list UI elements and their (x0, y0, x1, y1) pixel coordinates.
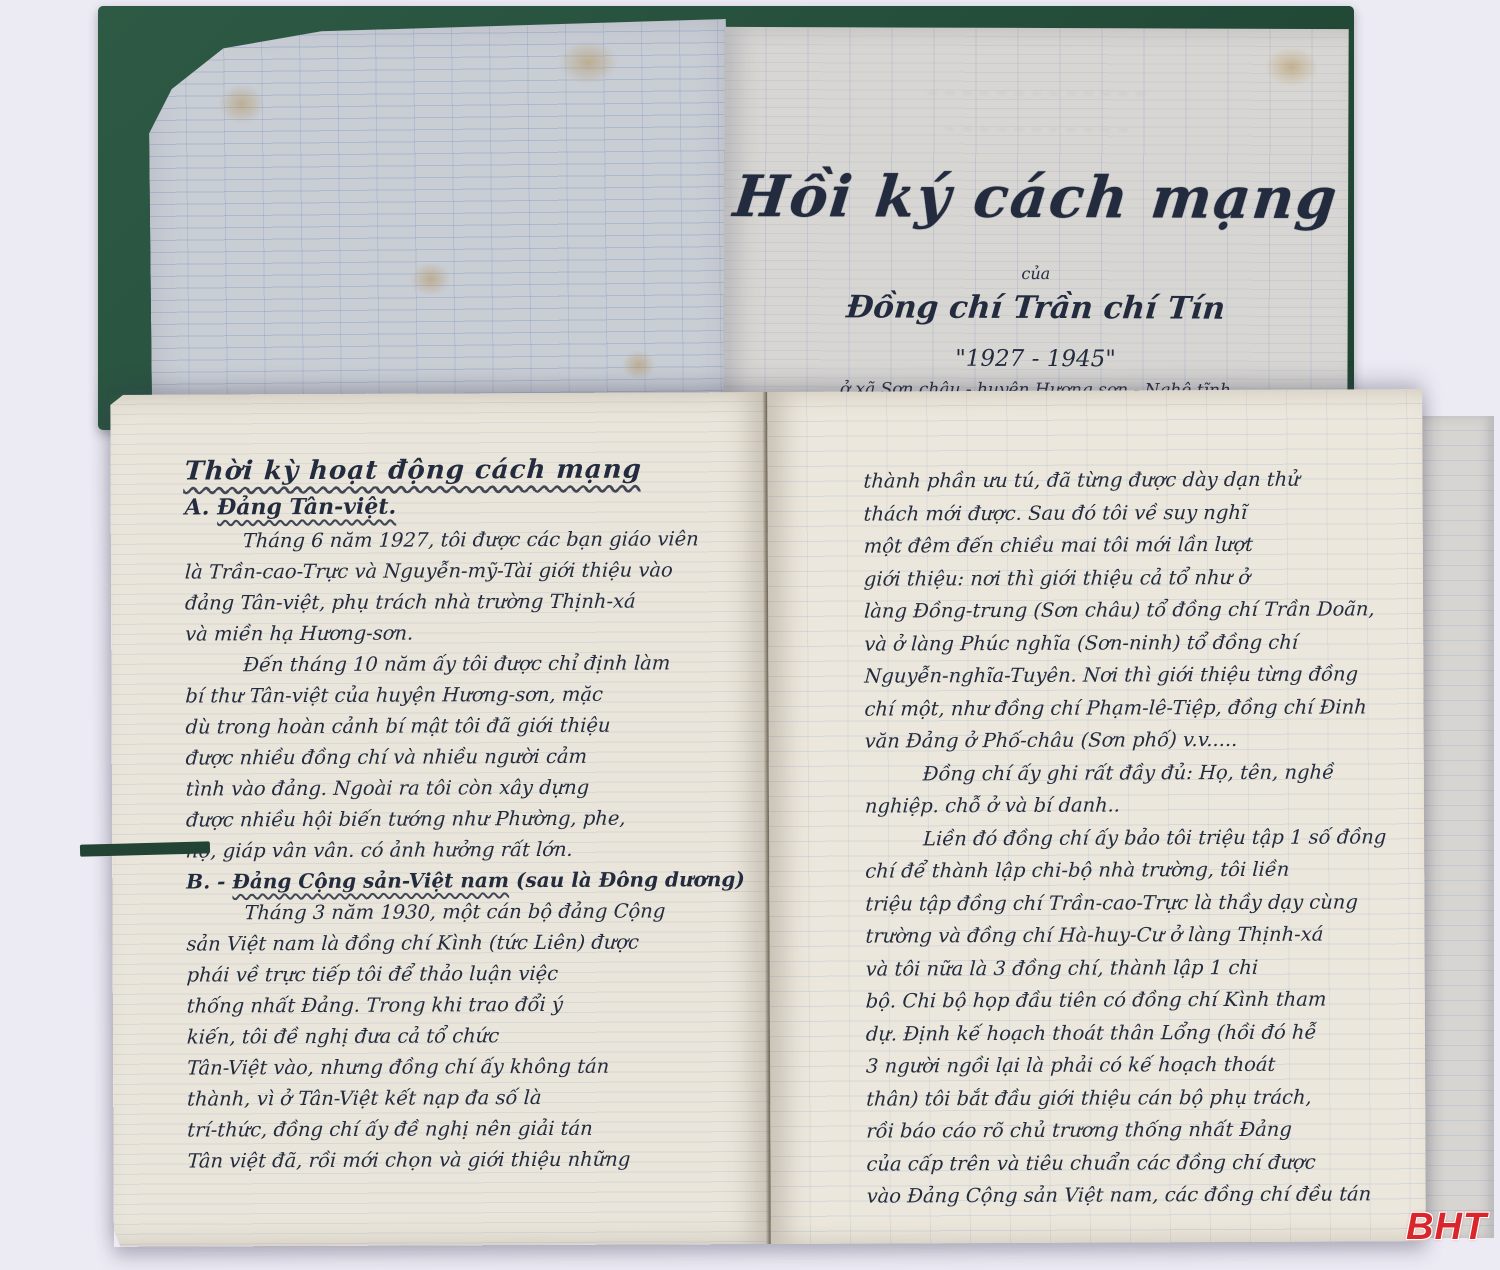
section-a-label: A. (185, 494, 210, 520)
handwritten-line: chí một, như đồng chí Phạm-lê-Tiệp, đồng… (864, 691, 1414, 726)
handwritten-line: 3 người ngồi lại là phải có kế hoạch tho… (865, 1048, 1415, 1083)
handwritten-line: Đến tháng 10 năm ấy tôi được chỉ định là… (185, 647, 746, 680)
right-page-text: thành phần ưu tú, đã từng được dày dạn t… (863, 463, 1414, 1213)
section-b-heading: B. - Đảng Cộng sản-Việt nam (sau là Đông… (186, 864, 746, 897)
handwritten-line: của cấp trên và tiêu chuẩn các đồng chí … (866, 1146, 1416, 1181)
handwritten-line: bí thư Tân-việt của huyện Hương-sơn, mặc (185, 678, 746, 711)
handwritten-line: đảng Tân-việt, phụ trách nhà trường Thịn… (184, 585, 745, 618)
memoir-right-page: thành phần ưu tú, đã từng được dày dạn t… (767, 389, 1426, 1244)
handwritten-line: dù trong hoàn cảnh bí mật tôi đã giới th… (185, 709, 746, 742)
paper-stain (410, 262, 450, 296)
bleed-through-text: ~ ~ ~ ~ ~ ~ ~ ~ ~ ~ ~ (724, 119, 1348, 139)
handwritten-line: rồi báo cáo rõ chủ trương thống nhất Đản… (866, 1113, 1416, 1148)
handwritten-line: được nhiều đồng chí và nhiều người cảm (185, 740, 746, 773)
handwritten-line: Nguyễn-nghĩa-Tuyên. Nơi thì giới thiệu t… (864, 658, 1414, 693)
handwritten-line: họ, giáp vân vân. có ảnh hưởng rất lớn. (185, 833, 746, 866)
handwritten-line: kiến, tôi đề nghị đưa cả tổ chức (186, 1019, 747, 1052)
paper-stain (1264, 47, 1318, 87)
handwritten-line: triệu tập đồng chí Trần-cao-Trực là thầy… (865, 886, 1415, 921)
photo-of-handwritten-notebooks: ~ ~ ~ ~ ~ ~ ~ ~ ~ ~ ~ ~ ~ ~ ~ ~ ~ ~ ~ ~ … (0, 0, 1500, 1270)
handwritten-line: thành phần ưu tú, đã từng được dày dạn t… (863, 463, 1413, 498)
handwritten-line: làng Đồng-trung (Sơn châu) tổ đồng chí T… (863, 593, 1413, 628)
section-a-title: Đảng Tân-việt. (217, 494, 396, 521)
blank-grid-page (148, 19, 730, 427)
chapter-heading: Thời kỳ hoạt động cách mạng (183, 450, 745, 490)
handwritten-line: Tháng 6 năm 1927, tôi được các bạn giáo … (184, 523, 745, 556)
handwritten-line: bộ. Chi bộ họp đầu tiên có đồng chí Kình… (865, 983, 1415, 1018)
handwritten-line: một đêm đến chiều mai tôi mới lần lượt (863, 528, 1413, 563)
paper-stain (219, 84, 265, 124)
year-range: "1927 - 1945" (723, 345, 1347, 373)
open-memoir-notebook: Thời kỳ hoạt động cách mạng A. Đảng Tân-… (110, 389, 1426, 1247)
left-page-text: Thời kỳ hoạt động cách mạng A. Đảng Tân-… (184, 450, 747, 1176)
memoir-title-page: ~ ~ ~ ~ ~ ~ ~ ~ ~ ~ ~ ~ ~ ~ ~ ~ ~ ~ ~ ~ … (723, 27, 1348, 425)
author-name: Đồng chí Trần chí Tín (722, 289, 1349, 327)
handwritten-line: Tân việt đã, rồi mới chọn và giới thiệu … (187, 1143, 748, 1176)
handwritten-line: sản Việt nam là đồng chí Kình (tức Liên)… (186, 926, 747, 959)
paragraph: Tháng 6 năm 1927, tôi được các bạn giáo … (185, 523, 746, 649)
handwritten-line: giới thiệu: nơi thì giới thiệu cả tổ như… (863, 561, 1413, 596)
handwritten-line: và miền hạ Hương-sơn. (184, 616, 745, 649)
memoir-left-page: Thời kỳ hoạt động cách mạng A. Đảng Tân-… (110, 392, 771, 1247)
handwritten-line: và ở làng Phúc nghĩa (Sơn-ninh) tổ đồng … (863, 626, 1413, 661)
section-b-title: Đảng Cộng sản-Việt nam (232, 868, 509, 893)
handwritten-line: tình vào đảng. Ngoài ra tôi còn xây dựng (185, 771, 746, 804)
handwritten-line: là Trần-cao-Trực và Nguyễn-mỹ-Tài giới t… (184, 554, 745, 587)
handwritten-line: vào Đảng Cộng sản Việt nam, các đồng chí… (866, 1178, 1416, 1213)
handwritten-line: nghiệp. chỗ ở và bí danh.. (864, 788, 1414, 823)
handwritten-line: văn Đảng ở Phố-châu (Sơn phố) v.v..... (864, 723, 1414, 758)
handwritten-line: thống nhất Đảng. Trong khi trao đổi ý (186, 988, 747, 1021)
paper-stain (558, 40, 618, 85)
paper-stain (621, 350, 655, 380)
bht-watermark: BHT (1406, 1206, 1487, 1249)
handwritten-line: thách mới được. Sau đó tôi về suy nghĩ (863, 496, 1413, 531)
paragraph: Liền đó đồng chí ấy bảo tôi triệu tập 1 … (865, 821, 1415, 1213)
paragraph: thành phần ưu tú, đã từng được dày dạn t… (863, 463, 1412, 758)
paragraph: Tháng 3 năm 1930, một cán bộ đảng Cộngsả… (186, 895, 747, 1176)
handwritten-line: Liền đó đồng chí ấy bảo tôi triệu tập 1 … (864, 821, 1414, 856)
handwritten-line: được nhiều hội biến tướng như Phường, ph… (185, 802, 746, 835)
paragraph: Đồng chí ấy ghi rất đầy đủ: Họ, tên, ngh… (865, 756, 1413, 823)
memoir-title: Hồi ký cách mạng (720, 163, 1351, 232)
handwritten-line: chí để thành lập chi-bộ nhà trường, tôi … (864, 853, 1414, 888)
handwritten-line: thân) tôi bắt đầu giới thiệu cán bộ phụ … (865, 1081, 1415, 1116)
handwritten-line: Tháng 3 năm 1930, một cán bộ đảng Cộng (186, 895, 747, 928)
handwritten-line: trường và đồng chí Hà-huy-Cư ở làng Thịn… (865, 918, 1415, 953)
handwritten-line: phái về trực tiếp tôi để thảo luận việc (186, 957, 747, 990)
section-b-label: B. - (186, 869, 225, 893)
handwritten-line: Đồng chí ấy ghi rất đầy đủ: Họ, tên, ngh… (864, 756, 1414, 791)
handwritten-line: dự. Định kế hoạch thoát thân Lổng (hồi đ… (865, 1016, 1415, 1051)
section-b-suffix: (sau là Đông dương) (516, 867, 745, 892)
handwritten-line: Tân-Việt vào, nhưng đồng chí ấy không tá… (186, 1050, 747, 1083)
bleed-through-text: ~ ~ ~ ~ ~ ~ ~ ~ ~ ~ ~ ~ ~ (724, 83, 1348, 103)
handwritten-line: trí-thức, đồng chí ấy đề nghị nên giải t… (187, 1112, 748, 1145)
paragraph: Đến tháng 10 năm ấy tôi được chỉ định là… (185, 647, 746, 866)
handwritten-line: thành, vì ở Tân-Việt kết nạp đa số là (186, 1081, 747, 1114)
handwritten-line: và tôi nữa là 3 đồng chí, thành lập 1 ch… (865, 951, 1415, 986)
of-word: của (724, 263, 1348, 284)
section-a-heading: A. Đảng Tân-việt. (185, 488, 745, 525)
